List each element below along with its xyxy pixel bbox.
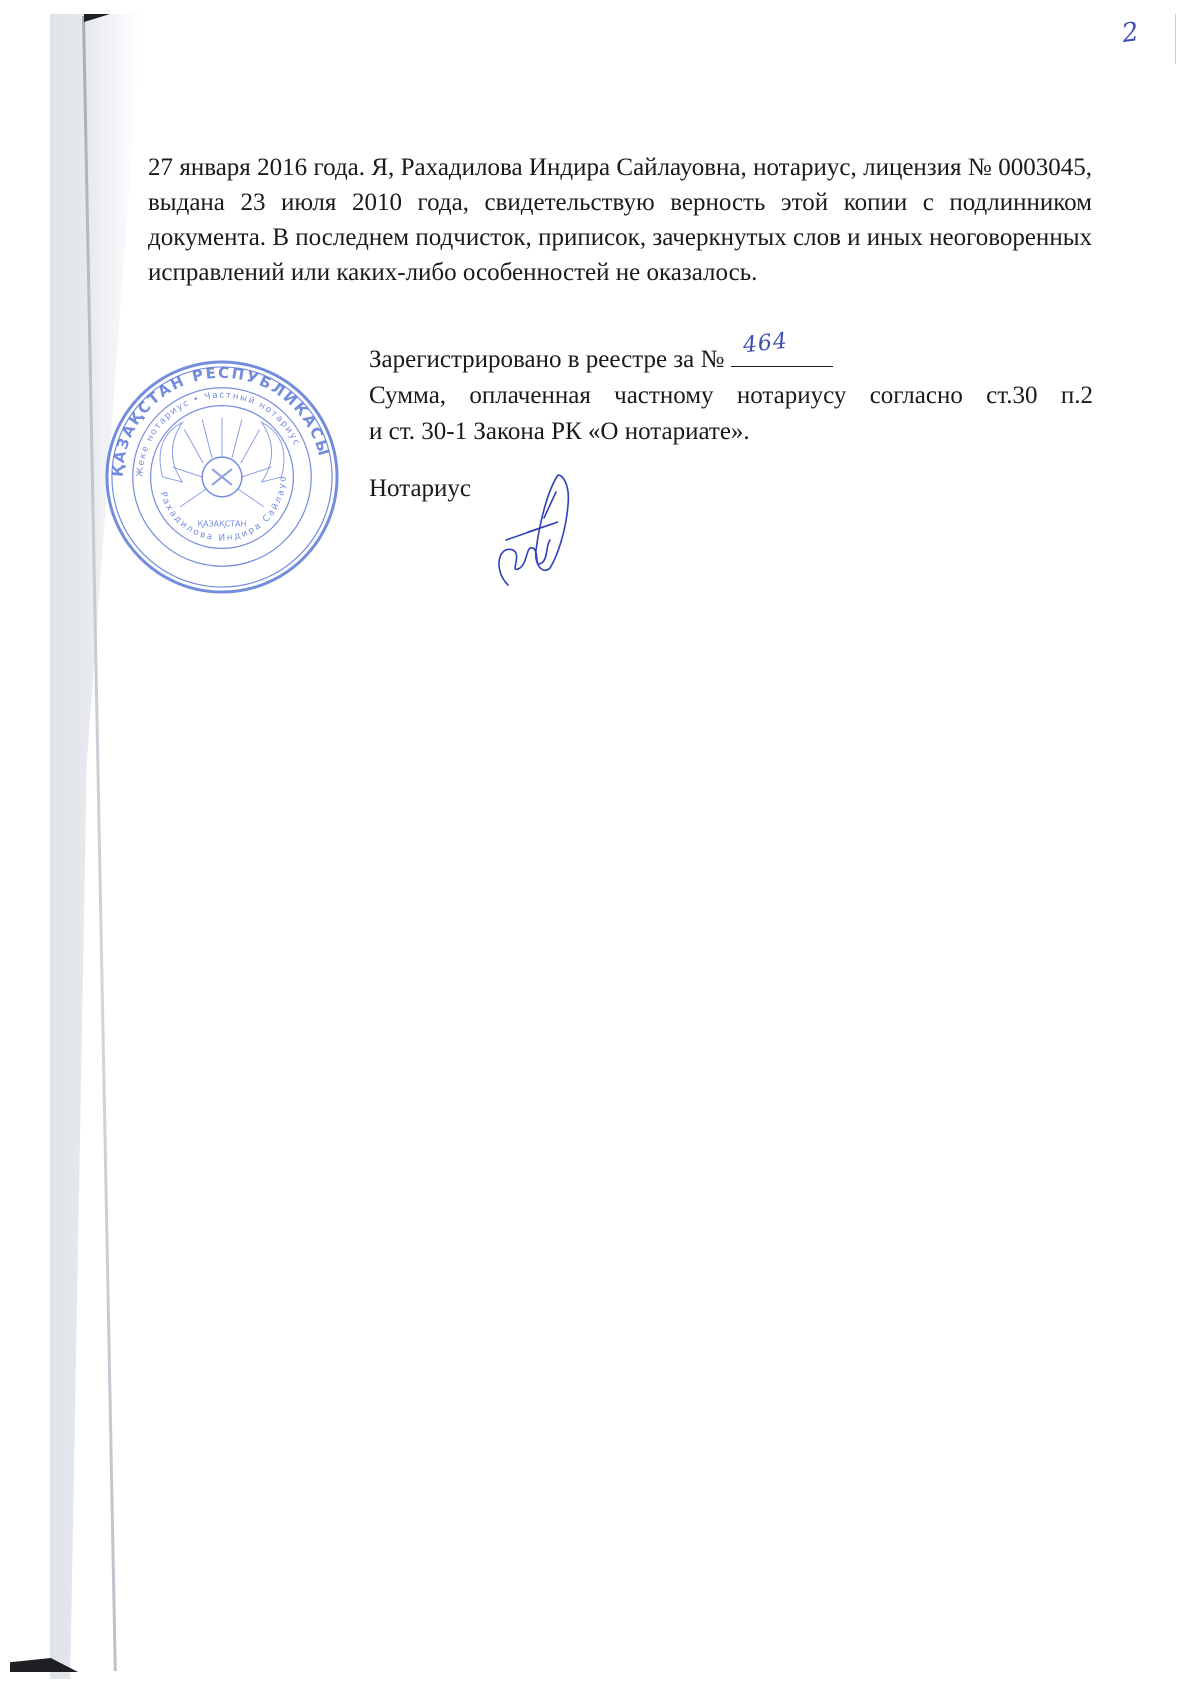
registry-number-field: 464 — [731, 340, 833, 367]
certification-text: 27 января 2016 года. Я, Рахадилова Индир… — [148, 150, 1092, 290]
notary-seal-icon: ҚАЗАҚСТАН РЕСПУБЛИКАСЫ Жеке нотариус • Ч… — [103, 358, 341, 596]
handwritten-page-number: 2 — [1120, 17, 1141, 49]
registry-block: Зарегистрировано в реестре за № 464 Сумм… — [369, 340, 1093, 450]
registry-number: 464 — [741, 324, 790, 365]
fee-line-2: и ст. 30-1 Закона РК «О нотариате». — [369, 414, 1093, 450]
notary-signature — [488, 470, 588, 590]
registry-line: Зарегистрировано в реестре за № 464 — [369, 340, 1093, 378]
svg-text:ҚАЗАҚСТАН: ҚАЗАҚСТАН — [198, 520, 247, 529]
fee-line-1: Сумма, оплаченная частному нотариусу сог… — [369, 378, 1093, 414]
notary-label: Нотариус — [369, 471, 471, 507]
scan-shadow — [50, 14, 142, 1679]
page-edge-line — [1175, 14, 1176, 64]
registry-label: Зарегистрировано в реестре за № — [369, 346, 724, 373]
